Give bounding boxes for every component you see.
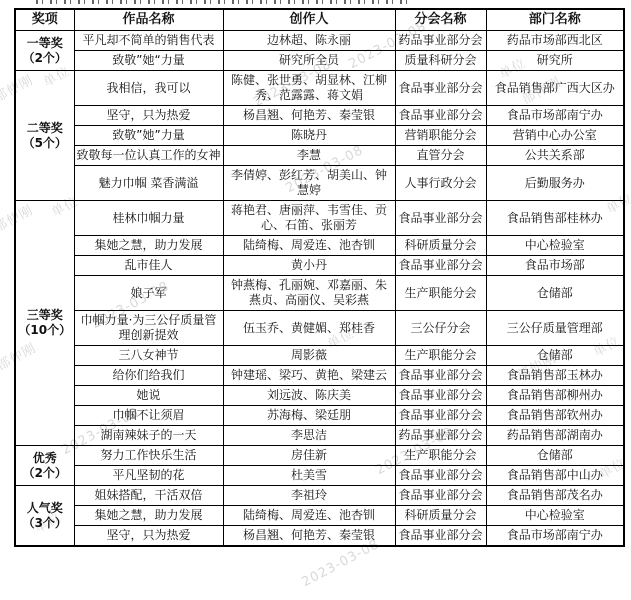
work-name-cell: 湖南辣妹子的一天	[74, 426, 223, 446]
work-name-cell: 她说	[74, 386, 223, 406]
work-name-cell: 平凡却不简单的销售代表	[74, 31, 223, 51]
work-name-cell: 我相信，我可以	[74, 71, 223, 106]
department-cell: 公共关系部	[486, 146, 624, 166]
department-cell: 仓储部	[486, 346, 624, 366]
table-row: 三八女神节周影薇生产职能分会仓储部	[15, 346, 624, 366]
department-cell: 仓储部	[486, 446, 624, 466]
table-body: 一等奖（2个）平凡却不简单的销售代表边林超、陈永丽药品事业部分会药品市场部西北区…	[15, 31, 624, 547]
department-cell: 药品市场部西北区	[486, 31, 624, 51]
branch-cell: 食品事业部分会	[395, 256, 486, 276]
department-cell: 仓储部	[486, 276, 624, 311]
creator-cell: 伍玉乔、黄健媚、郑桂香	[223, 311, 395, 346]
department-cell: 三公仔质量管理部	[486, 311, 624, 346]
creator-cell: 蒋艳君、唐丽萍、韦雪佳、贡心、石笛、张丽芳	[223, 201, 395, 236]
department-cell: 中心检验室	[486, 236, 624, 256]
creator-cell: 陆绮梅、周爱连、池杏钏	[223, 506, 395, 526]
award-count: （3个）	[18, 516, 72, 531]
work-name-cell: 三八女神节	[74, 346, 223, 366]
branch-cell: 食品事业部分会	[395, 406, 486, 426]
creator-cell: 李思洁	[223, 426, 395, 446]
creator-cell: 李倩婷、彭红芳、胡美山、钟慧婷	[223, 166, 395, 201]
award-count: （2个）	[18, 51, 72, 66]
creator-cell: 周影薇	[223, 346, 395, 366]
branch-cell: 食品事业部分会	[395, 526, 486, 547]
table-row: 给你们给我们钟建瑶、梁巧、黄艳、梁建云食品事业部分会食品销售部玉林办	[15, 366, 624, 386]
table-row: 平凡坚韧的花杜美雪食品事业部分会食品销售部中山办	[15, 466, 624, 486]
award-count: （5个）	[18, 136, 72, 151]
department-cell: 食品销售部广西大区办	[486, 71, 624, 106]
branch-cell: 生产职能分会	[395, 446, 486, 466]
creator-cell: 刘远波、陈庆美	[223, 386, 395, 406]
table-row: 集她之慧，助力发展陆绮梅、周爱连、池杏钏科研质量分会中心检验室	[15, 236, 624, 256]
department-cell: 食品市场部	[486, 256, 624, 276]
header-row: 奖项作品名称创作人分会名称部门名称	[15, 9, 624, 31]
work-name-cell: 坚守，只为热爱	[74, 526, 223, 547]
award-name: 二等奖	[18, 121, 72, 136]
branch-cell: 食品事业部分会	[395, 201, 486, 236]
work-name-cell: 集她之慧，助力发展	[74, 236, 223, 256]
table-row: 魅力巾帼 菜香满溢李倩婷、彭红芳、胡美山、钟慧婷人事行政分会后勤服务办	[15, 166, 624, 201]
branch-cell: 药品事业部分会	[395, 426, 486, 446]
award-table: 奖项作品名称创作人分会名称部门名称 一等奖（2个）平凡却不简单的销售代表边林超、…	[14, 8, 625, 547]
table-row: 坚守，只为热爱杨昌翘、何艳芳、秦莹银食品事业部分会食品市场部南宁办	[15, 106, 624, 126]
table-row: 集她之慧，助力发展陆绮梅、周爱连、池杏钏科研质量分会中心检验室	[15, 506, 624, 526]
award-name: 优秀	[18, 451, 72, 466]
department-cell: 食品市场部南宁办	[486, 106, 624, 126]
creator-cell: 钟建瑶、梁巧、黄艳、梁建云	[223, 366, 395, 386]
branch-cell: 质量科研分会	[395, 51, 486, 71]
department-cell: 药品销售部湖南办	[486, 426, 624, 446]
department-cell: 食品销售部茂名办	[486, 486, 624, 506]
branch-cell: 生产职能分会	[395, 346, 486, 366]
award-cell: 优秀（2个）	[15, 446, 74, 486]
work-name-cell: 巾帼不让须眉	[74, 406, 223, 426]
creator-cell: 陈健、张世勇、胡显林、江柳秀、范露露、蒋文娟	[223, 71, 395, 106]
table-header: 奖项作品名称创作人分会名称部门名称	[15, 9, 624, 31]
branch-cell: 生产职能分会	[395, 276, 486, 311]
department-cell: 食品销售部桂林办	[486, 201, 624, 236]
table-row: 人气奖（3个）姐妹搭配，干活双倍李祖玲食品事业部分会食品销售部茂名办	[15, 486, 624, 506]
work-name-cell: 给你们给我们	[74, 366, 223, 386]
branch-cell: 食品事业部分会	[395, 486, 486, 506]
creator-cell: 杨昌翘、何艳芳、秦莹银	[223, 106, 395, 126]
department-cell: 食品销售部柳州办	[486, 386, 624, 406]
award-count: （10个）	[18, 323, 72, 338]
table-row: 坚守，只为热爱杨昌翘、何艳芳、秦莹银食品事业部分会食品市场部南宁办	[15, 526, 624, 547]
table-row: 巾帼力量·为三公仔质量管理创新提效伍玉乔、黄健媚、郑桂香三公仔分会三公仔质量管理…	[15, 311, 624, 346]
work-name-cell: 姐妹搭配，干活双倍	[74, 486, 223, 506]
department-cell: 中心检验室	[486, 506, 624, 526]
award-name: 三等奖	[18, 308, 72, 323]
creator-cell: 研究所全员	[223, 51, 395, 71]
work-name-cell: 致敬”她”力量	[74, 126, 223, 146]
branch-cell: 食品事业部分会	[395, 386, 486, 406]
document-page: 2023-03-08单位部仲刚部仲刚单位2023-03-082023-03-08…	[0, 0, 631, 600]
branch-cell: 食品事业部分会	[395, 366, 486, 386]
column-header: 奖项	[15, 9, 74, 31]
creator-cell: 苏海梅、梁廷朋	[223, 406, 395, 426]
work-name-cell: 努力工作快乐生活	[74, 446, 223, 466]
creator-cell: 李慧	[223, 146, 395, 166]
table-row: 乱市佳人黄小丹食品事业部分会食品市场部	[15, 256, 624, 276]
creator-cell: 边林超、陈永丽	[223, 31, 395, 51]
cropped-text-line	[36, 0, 412, 4]
creator-cell: 陈晓丹	[223, 126, 395, 146]
work-name-cell: 平凡坚韧的花	[74, 466, 223, 486]
creator-cell: 杨昌翘、何艳芳、秦莹银	[223, 526, 395, 547]
department-cell: 食品市场部南宁办	[486, 526, 624, 547]
branch-cell: 科研质量分会	[395, 506, 486, 526]
work-name-cell: 魅力巾帼 菜香满溢	[74, 166, 223, 201]
table-row: 巾帼不让须眉苏海梅、梁廷朋食品事业部分会食品销售部钦州办	[15, 406, 624, 426]
award-name: 人气奖	[18, 501, 72, 516]
work-name-cell: 巾帼力量·为三公仔质量管理创新提效	[74, 311, 223, 346]
branch-cell: 人事行政分会	[395, 166, 486, 201]
award-count: （2个）	[18, 466, 72, 481]
table-row: 娘子军钟燕梅、孔丽婉、邓嘉丽、朱燕贞、高丽仪、吴彩燕生产职能分会仓储部	[15, 276, 624, 311]
department-cell: 研究所	[486, 51, 624, 71]
creator-cell: 房佳新	[223, 446, 395, 466]
branch-cell: 食品事业部分会	[395, 71, 486, 106]
creator-cell: 黄小丹	[223, 256, 395, 276]
table-row: 致敬”她“力量研究所全员质量科研分会研究所	[15, 51, 624, 71]
column-header: 作品名称	[74, 9, 223, 31]
column-header: 分会名称	[395, 9, 486, 31]
table-row: 三等奖（10个）桂林巾帼力量蒋艳君、唐丽萍、韦雪佳、贡心、石笛、张丽芳食品事业部…	[15, 201, 624, 236]
table-row: 她说刘远波、陈庆美食品事业部分会食品销售部柳州办	[15, 386, 624, 406]
table-row: 湖南辣妹子的一天李思洁药品事业部分会药品销售部湖南办	[15, 426, 624, 446]
department-cell: 食品销售部钦州办	[486, 406, 624, 426]
work-name-cell: 乱市佳人	[74, 256, 223, 276]
branch-cell: 科研质量分会	[395, 236, 486, 256]
department-cell: 食品销售部玉林办	[486, 366, 624, 386]
table-row: 二等奖（5个）我相信，我可以陈健、张世勇、胡显林、江柳秀、范露露、蒋文娟食品事业…	[15, 71, 624, 106]
column-header: 创作人	[223, 9, 395, 31]
department-cell: 食品销售部中山办	[486, 466, 624, 486]
column-header: 部门名称	[486, 9, 624, 31]
work-name-cell: 致敬”她“力量	[74, 51, 223, 71]
branch-cell: 三公仔分会	[395, 311, 486, 346]
table-row: 一等奖（2个）平凡却不简单的销售代表边林超、陈永丽药品事业部分会药品市场部西北区	[15, 31, 624, 51]
work-name-cell: 致敬每一位认真工作的女神	[74, 146, 223, 166]
table-row: 优秀（2个）努力工作快乐生活房佳新生产职能分会仓储部	[15, 446, 624, 466]
award-cell: 二等奖（5个）	[15, 71, 74, 201]
award-cell: 一等奖（2个）	[15, 31, 74, 71]
award-cell: 三等奖（10个）	[15, 201, 74, 446]
department-cell: 营销中心办公室	[486, 126, 624, 146]
branch-cell: 营销职能分会	[395, 126, 486, 146]
work-name-cell: 桂林巾帼力量	[74, 201, 223, 236]
work-name-cell: 娘子军	[74, 276, 223, 311]
creator-cell: 陆绮梅、周爱连、池杏钏	[223, 236, 395, 256]
creator-cell: 钟燕梅、孔丽婉、邓嘉丽、朱燕贞、高丽仪、吴彩燕	[223, 276, 395, 311]
table-row: 致敬每一位认真工作的女神李慧直管分会公共关系部	[15, 146, 624, 166]
award-cell: 人气奖（3个）	[15, 486, 74, 547]
creator-cell: 李祖玲	[223, 486, 395, 506]
branch-cell: 直管分会	[395, 146, 486, 166]
branch-cell: 食品事业部分会	[395, 466, 486, 486]
branch-cell: 药品事业部分会	[395, 31, 486, 51]
work-name-cell: 集她之慧，助力发展	[74, 506, 223, 526]
branch-cell: 食品事业部分会	[395, 106, 486, 126]
work-name-cell: 坚守，只为热爱	[74, 106, 223, 126]
creator-cell: 杜美雪	[223, 466, 395, 486]
award-name: 一等奖	[18, 36, 72, 51]
table-row: 致敬”她”力量陈晓丹营销职能分会营销中心办公室	[15, 126, 624, 146]
department-cell: 后勤服务办	[486, 166, 624, 201]
